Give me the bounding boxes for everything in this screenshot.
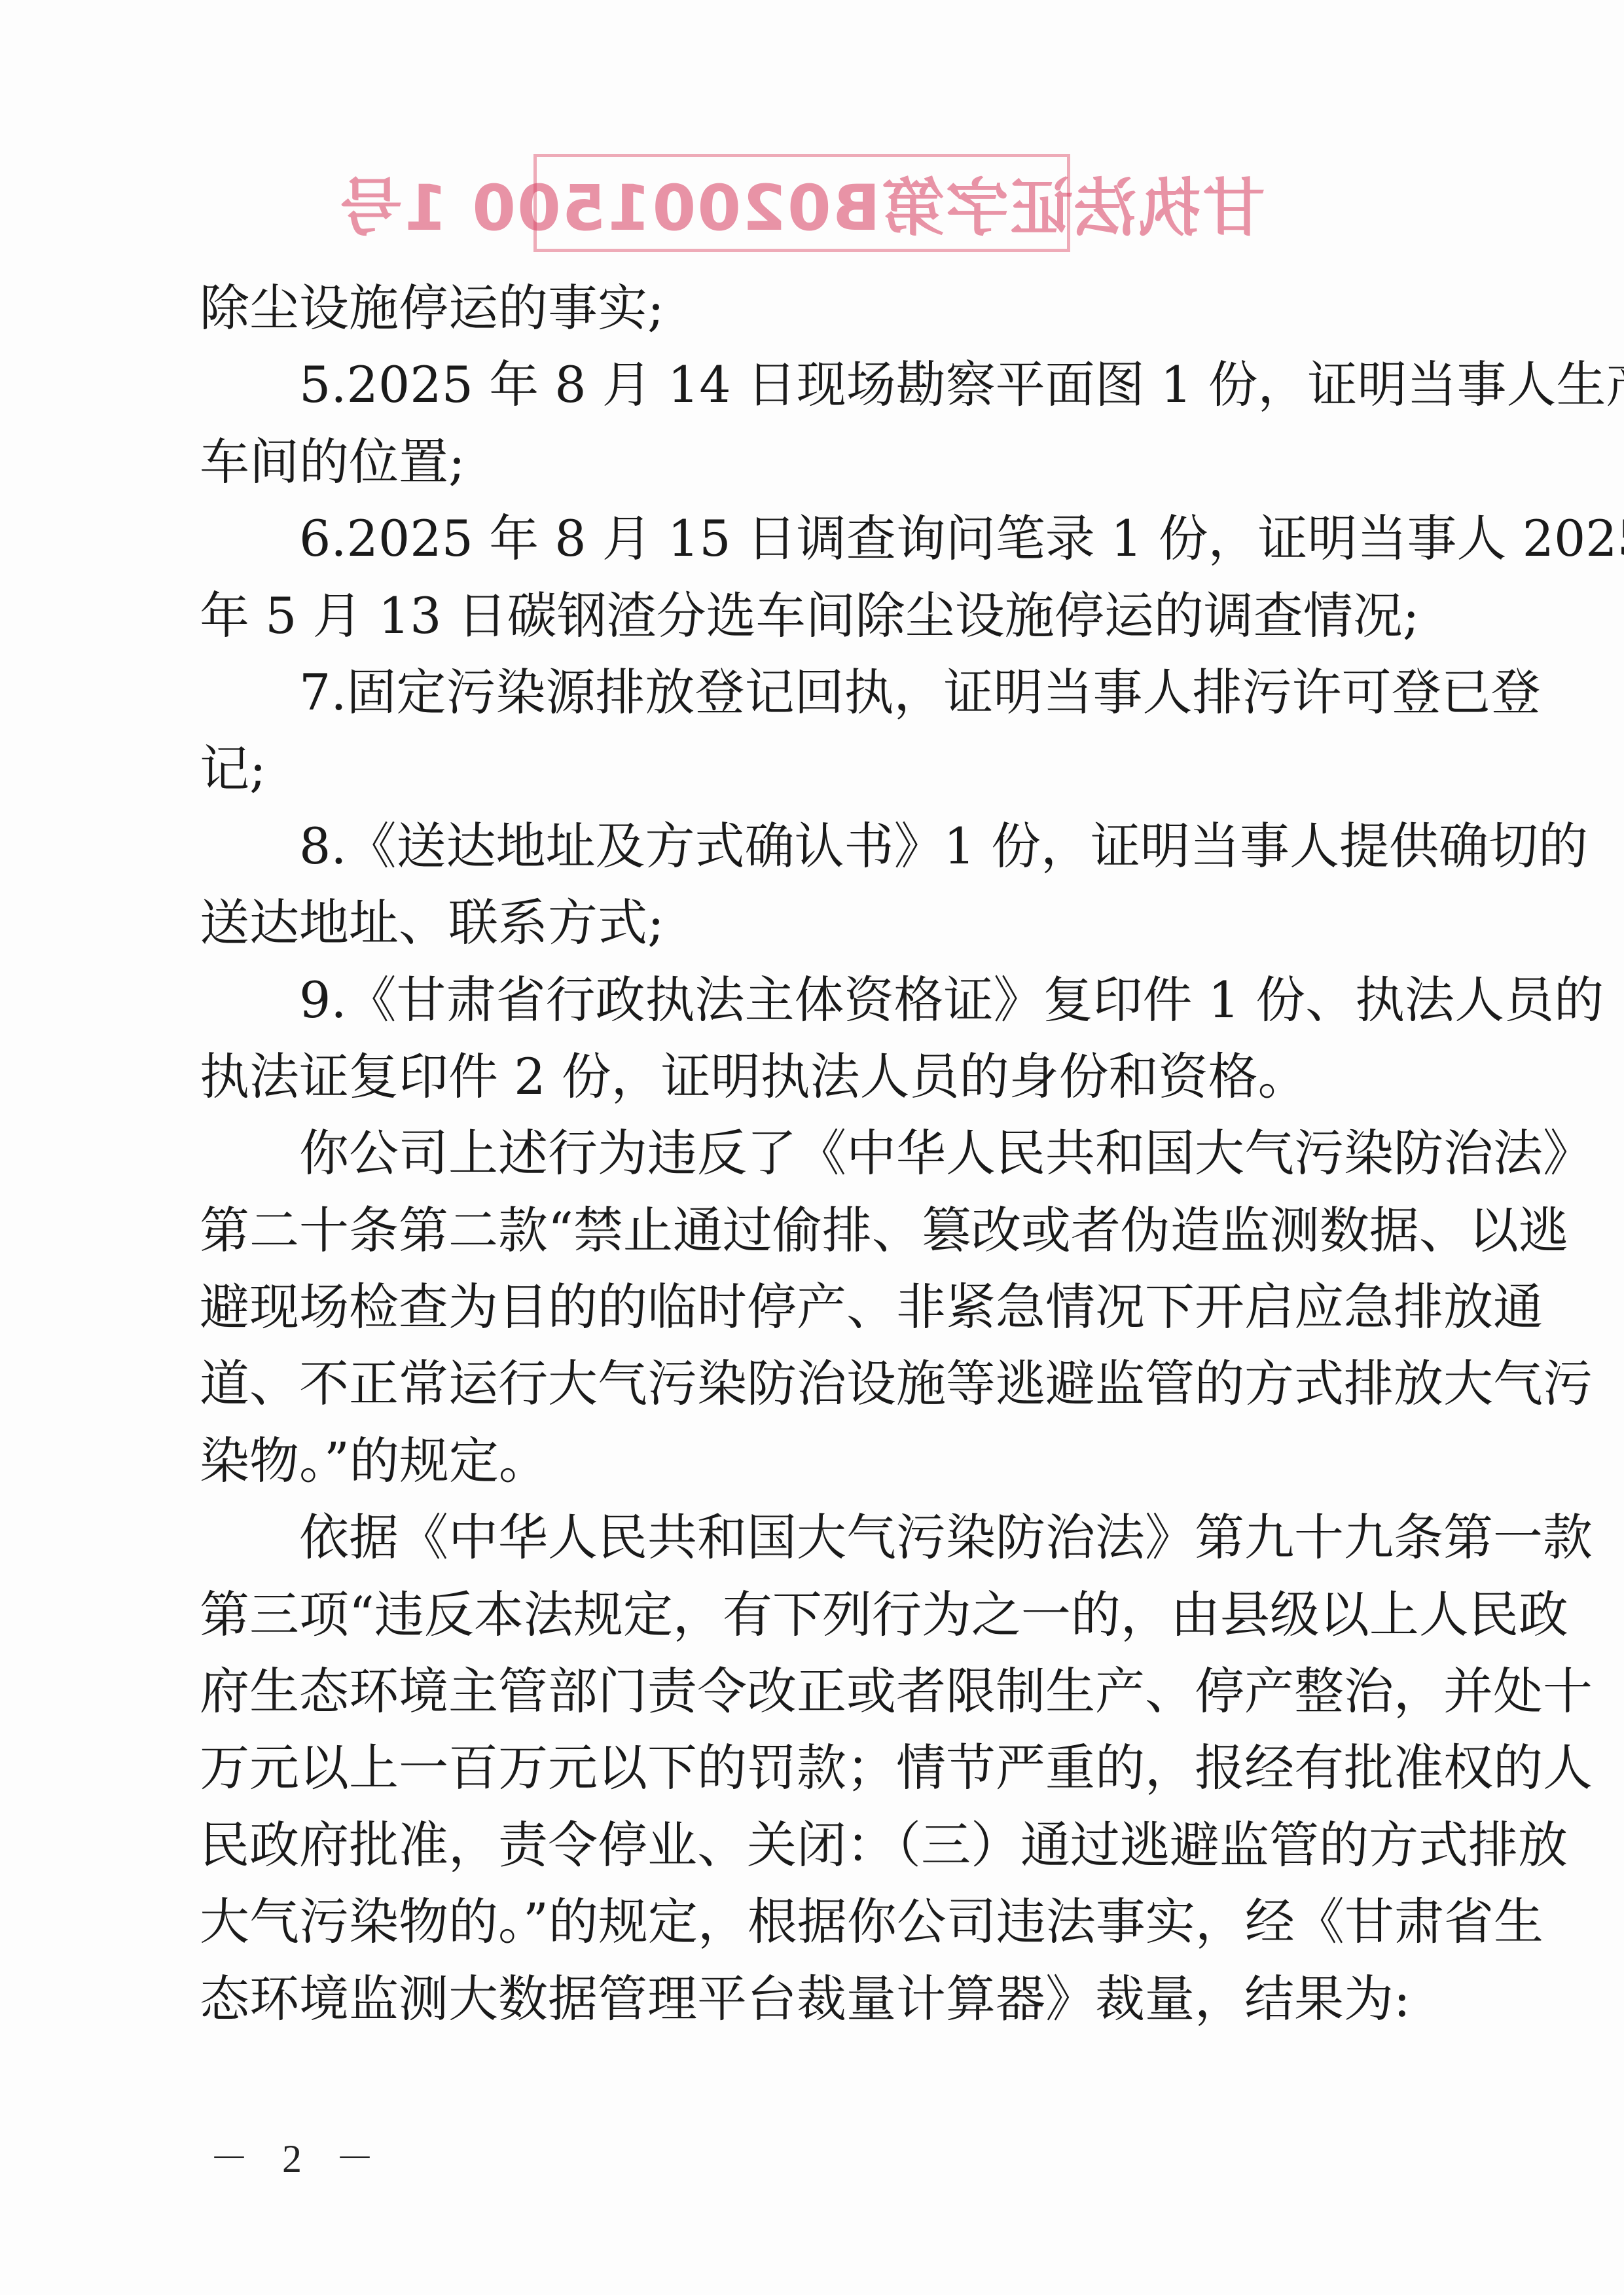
document-body: 除尘设施停运的事实;5.2025 年 8 月 14 日现场勘察平面图 1 份，证… [200,270,1404,2037]
text-line: 除尘设施停运的事实; [200,270,1404,346]
text-line: 万元以上一百万元以下的罚款；情节严重的，报经有批准权的人 [200,1729,1404,1806]
text-line: 你公司上述行为违反了《中华人民共和国大气污染防治法》 [200,1115,1404,1191]
text-line: 9.《甘肃省行政执法主体资格证》复印件 1 份、执法人员的 [200,962,1404,1038]
text-line: 避现场检查为目的的临时停产、非紧急情况下开启应急排放通 [200,1269,1404,1345]
text-line: 第三项“违反本法规定，有下列行为之一的，由县级以上人民政 [200,1576,1404,1653]
text-line: 态环境监测大数据管理平台裁量计算器》裁量，结果为: [200,1961,1404,2037]
text-line: 记; [200,731,1404,807]
official-seal-stamp: 甘执法证字第B02001500 1号 [533,154,1070,252]
text-line: 执法证复印件 2 份，证明执法人员的身份和资格。 [200,1038,1404,1115]
text-line: 车间的位置; [200,424,1404,500]
text-line: 府生态环境主管部门责令改正或者限制生产、停产整治，并处十 [200,1653,1404,1729]
text-line: 民政府批准，责令停业、关闭：（三）通过逃避监管的方式排放 [200,1807,1404,1883]
text-line: 第二十条第二款“禁止通过偷排、篡改或者伪造监测数据、以逃 [200,1192,1404,1269]
text-line: 8.《送达地址及方式确认书》1 份，证明当事人提供确切的 [200,808,1404,884]
text-line: 染物。”的规定。 [200,1422,1404,1499]
text-line: 5.2025 年 8 月 14 日现场勘察平面图 1 份，证明当事人生产 [200,346,1404,423]
text-line: 大气污染物的。”的规定，根据你公司违法事实，经《甘肃省生 [200,1883,1404,1960]
page-number: － 2 － [209,2127,386,2184]
text-line: 依据《中华人民共和国大气污染防治法》第九十九条第一款 [200,1499,1404,1576]
text-line: 道、不正常运行大气污染防治设施等逃避监管的方式排放大气污 [200,1345,1404,1422]
text-line: 7.固定污染源排放登记回执，证明当事人排污许可登已登 [200,654,1404,731]
text-line: 年 5 月 13 日碳钢渣分选车间除尘设施停运的调查情况; [200,577,1404,654]
text-line: 送达地址、联系方式; [200,884,1404,961]
text-line: 6.2025 年 8 月 15 日调查询问笔录 1 份，证明当事人 2025 [200,500,1404,577]
